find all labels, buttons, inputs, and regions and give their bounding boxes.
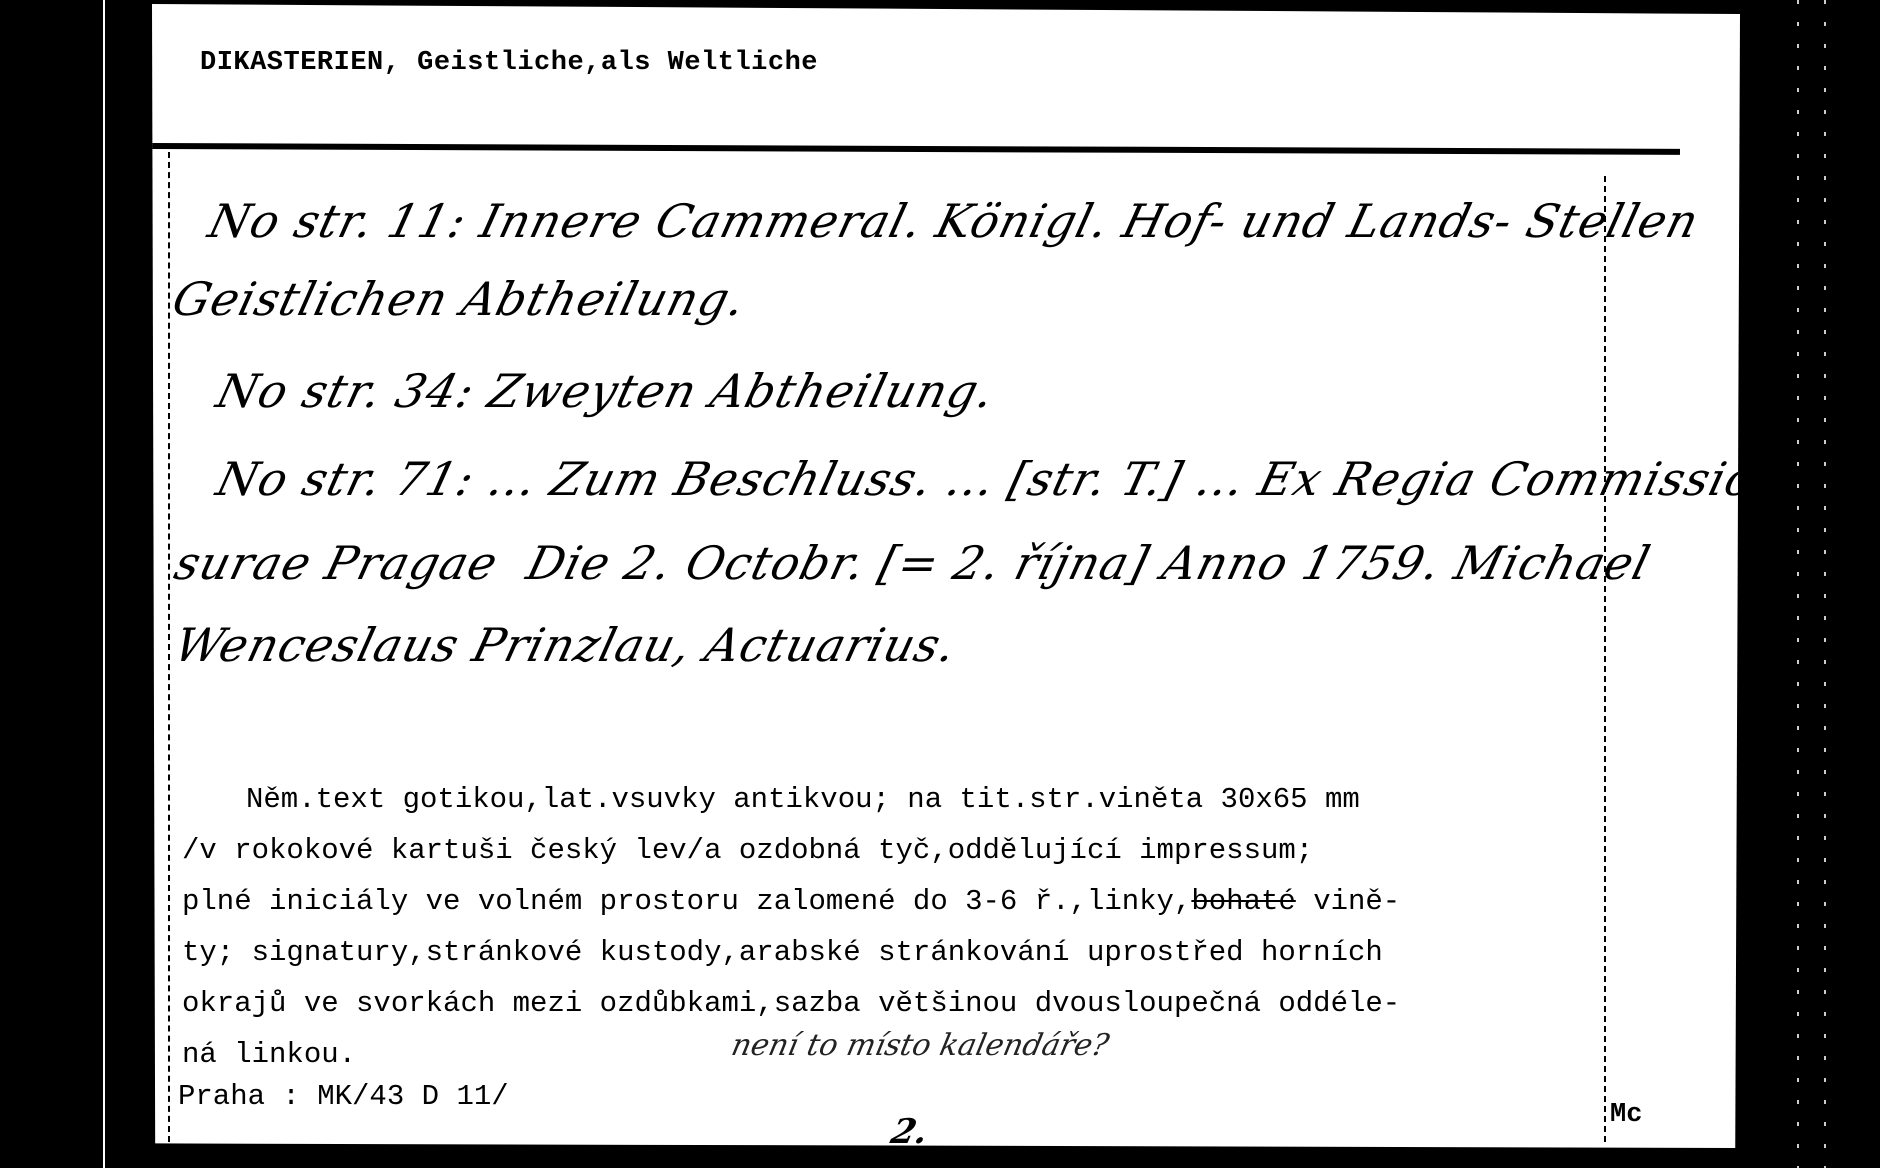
right-margin-line bbox=[1604, 176, 1606, 1142]
handwritten-line: Wenceslaus Prinzlau, Actuarius. bbox=[169, 618, 962, 672]
description-line: ty; signatury,stránkové kustody,arabské … bbox=[182, 927, 1582, 978]
struck-word: bohaté bbox=[1191, 885, 1295, 918]
scan-noise-right-1 bbox=[1797, 0, 1799, 1168]
page-number: 2. bbox=[887, 1112, 932, 1152]
corner-mark: Mc bbox=[1610, 1100, 1642, 1130]
heading-divider bbox=[152, 143, 1680, 155]
description-line: Něm.text gotikou,lat.vsuvky antikvou; na… bbox=[182, 774, 1582, 825]
scan-edge-line-left bbox=[103, 0, 105, 1168]
handwritten-line: No str. 71: ... Zum Beschluss. ... [str.… bbox=[211, 452, 1880, 506]
shelfmark: Praha : MK/43 D 11/ bbox=[178, 1080, 509, 1113]
handwritten-annotation: není to místo kalendáře? bbox=[728, 1028, 1112, 1063]
handwritten-line: Geistlichen Abtheilung. bbox=[167, 272, 751, 326]
handwritten-line: surae Pragae Die 2. Octobr. [= 2. října]… bbox=[169, 536, 1656, 590]
description-line: plné iniciály ve volném prostoru zalomen… bbox=[182, 876, 1582, 927]
description-line: okrajů ve svorkách mezi ozdůbkami,sazba … bbox=[182, 978, 1582, 1029]
handwritten-line: No str. 34: Zweyten Abtheilung. bbox=[211, 364, 1000, 418]
left-margin-line bbox=[168, 152, 170, 1142]
card-heading: DIKASTERIEN, Geistliche,als Weltliche bbox=[200, 48, 818, 78]
description-line: /v rokokové kartuši český lev/a ozdobná … bbox=[182, 825, 1582, 876]
handwritten-line: No str. 11: Innere Cammeral. Königl. Hof… bbox=[203, 194, 1704, 248]
scan-noise-right-2 bbox=[1824, 0, 1826, 1168]
catalog-card: DIKASTERIEN, Geistliche,als Weltliche No… bbox=[152, 4, 1740, 1148]
